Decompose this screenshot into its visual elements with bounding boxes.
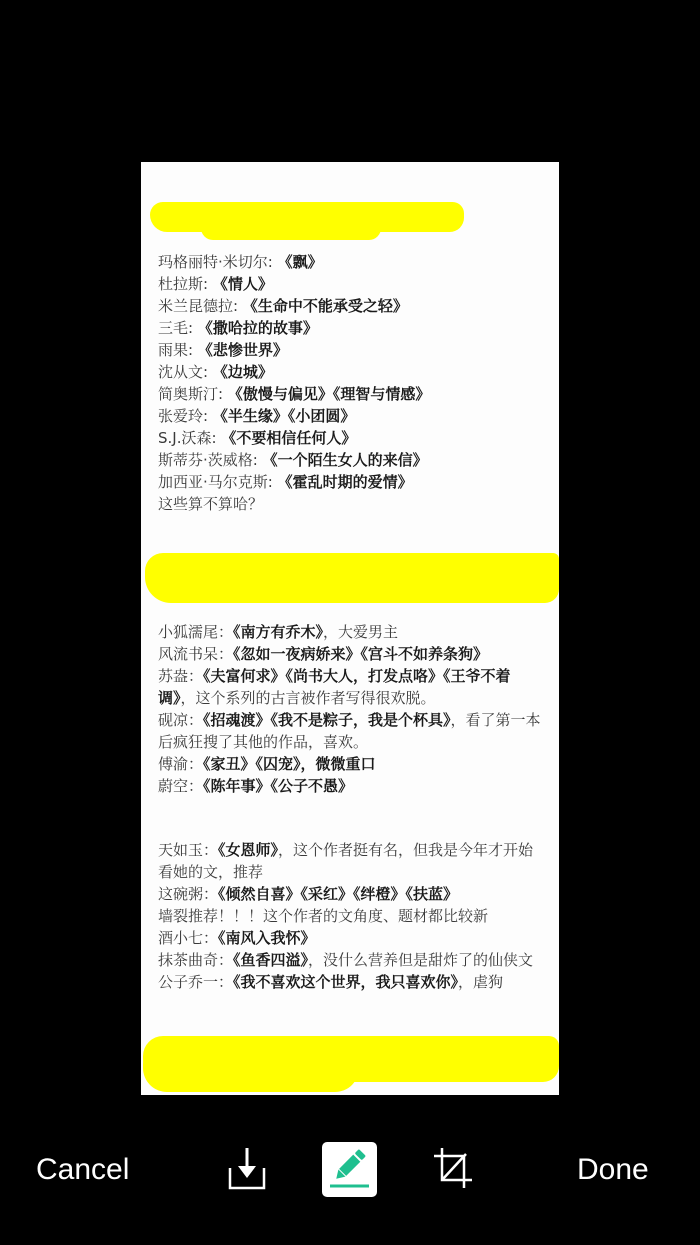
book-titles: 《我不喜欢这个世界，我只喜欢你》 — [233, 973, 458, 991]
author-name: 这碗粥： — [158, 885, 218, 903]
markup-pencil-icon[interactable] — [322, 1142, 377, 1197]
book-entry: 风流书呆：《忽如一夜病娇来》《宫斗不如养条狗》 — [158, 643, 548, 665]
book-titles: 《生命中不能承受之轻》 — [243, 297, 408, 315]
book-titles: 《撒哈拉的故事》 — [198, 319, 318, 337]
book-entry: 加西亚·马尔克斯: 《霍乱时期的爱情》 — [158, 471, 548, 493]
book-entry: 杜拉斯: 《情人》 — [158, 273, 548, 295]
book-entry: 酒小七：《南风入我怀》 — [158, 927, 548, 949]
entry-note: 墙裂推荐！！！这个作者的文角度、题材都比较新 — [158, 907, 488, 925]
author-name: 天如玉： — [158, 841, 218, 859]
author-name: 抹茶曲奇： — [158, 951, 233, 969]
entry-note: 这些算不算哈？ — [158, 495, 263, 513]
author-name: 苏盎： — [158, 667, 203, 685]
book-list-classics: 玛格丽特·米切尔: 《飘》杜拉斯: 《情人》米兰昆德拉: 《生命中不能承受之轻》… — [158, 251, 548, 515]
entry-note: ，没什么营养但是甜炸了的仙侠文 — [308, 951, 533, 969]
book-entry: 雨果: 《悲惨世界》 — [158, 339, 548, 361]
book-titles: 《倾然自喜》《采红》《绊橙》《扶蓝》 — [218, 885, 458, 903]
edit-toolbar: Cancel Done — [0, 1130, 700, 1210]
book-titles: 《忽如一夜病娇来》《宫斗不如养条狗》 — [233, 645, 488, 663]
book-list-web-novels: 小狐濡尾：《南方有乔木》，大爱男主风流书呆：《忽如一夜病娇来》《宫斗不如养条狗》… — [158, 621, 548, 797]
entry-note: ，这个系列的古言被作者写得很欢脱。 — [181, 689, 436, 707]
redaction-highlight — [145, 553, 559, 603]
download-icon[interactable] — [226, 1146, 268, 1192]
book-titles: 《一个陌生女人的来信》 — [263, 451, 428, 469]
author-name: 杜拉斯: — [158, 275, 213, 293]
entry-note: ，虐狗 — [458, 973, 503, 991]
author-name: 公子乔一： — [158, 973, 233, 991]
book-entry: 张爱玲: 《半生缘》《小团圆》 — [158, 405, 548, 427]
author-name: 米兰昆德拉: — [158, 297, 243, 315]
book-titles: 《悲惨世界》 — [198, 341, 288, 359]
book-titles: 《傲慢与偏见》《理智与情感》 — [228, 385, 431, 403]
author-name: 简奥斯汀: — [158, 385, 228, 403]
book-titles: 《女恩师》 — [218, 841, 278, 859]
author-name: 加西亚·马尔克斯: — [158, 473, 278, 491]
book-list-recommendations: 天如玉：《女恩师》，这个作者挺有名，但我是今年才开始看她的文，推荐这碗粥：《倾然… — [158, 839, 548, 993]
book-entry: 抹茶曲奇：《鱼香四溢》，没什么营养但是甜炸了的仙侠文 — [158, 949, 548, 971]
redaction-highlight — [201, 214, 381, 240]
book-entry: 公子乔一：《我不喜欢这个世界，我只喜欢你》，虐狗 — [158, 971, 548, 993]
book-entry: 苏盎：《夫富何求》《尚书大人，打发点咯》《王爷不着调》，这个系列的古言被作者写得… — [158, 665, 548, 709]
book-titles: 《半生缘》《小团圆》 — [213, 407, 356, 425]
book-entry: 天如玉：《女恩师》，这个作者挺有名，但我是今年才开始看她的文，推荐 — [158, 839, 548, 883]
author-name: 蔚空： — [158, 777, 203, 795]
book-titles: 《南风入我怀》 — [218, 929, 316, 947]
book-entry: 砚凉：《招魂渡》《我不是粽子，我是个杯具》，看了第一本后疯狂搜了其他的作品，喜欢… — [158, 709, 548, 753]
author-name: 雨果: — [158, 341, 198, 359]
book-titles: 《霍乱时期的爱情》 — [278, 473, 413, 491]
book-titles: 《不要相信任何人》 — [221, 429, 356, 447]
book-titles: 《情人》 — [213, 275, 273, 293]
book-entry: 玛格丽特·米切尔: 《飘》 — [158, 251, 548, 273]
book-entry: 三毛: 《撒哈拉的故事》 — [158, 317, 548, 339]
book-entry: 简奥斯汀: 《傲慢与偏见》《理智与情感》 — [158, 383, 548, 405]
book-titles: 《南方有乔木》 — [233, 623, 323, 641]
author-name: 三毛: — [158, 319, 198, 337]
book-entry: 傅渝：《家丑》《囚宠》，微微重口 — [158, 753, 548, 775]
book-entry: 沈从文: 《边城》 — [158, 361, 548, 383]
book-entry: S.J.沃森: 《不要相信任何人》 — [158, 427, 548, 449]
author-name: 酒小七： — [158, 929, 218, 947]
author-name: 砚凉： — [158, 711, 203, 729]
book-titles: 《飘》 — [278, 253, 323, 271]
crop-icon[interactable] — [432, 1146, 474, 1190]
book-entry: 蔚空：《陈年事》《公子不愚》 — [158, 775, 548, 797]
book-titles: 《边城》 — [213, 363, 273, 381]
redaction-highlight — [143, 1040, 359, 1092]
author-name: 小狐濡尾： — [158, 623, 233, 641]
author-name: 沈从文: — [158, 363, 213, 381]
book-entry: 这碗粥：《倾然自喜》《采红》《绊橙》《扶蓝》 — [158, 883, 548, 905]
book-entry: 小狐濡尾：《南方有乔木》，大爱男主 — [158, 621, 548, 643]
book-entry: 斯蒂芬·茨威格: 《一个陌生女人的来信》 — [158, 449, 548, 471]
cancel-button[interactable]: Cancel — [36, 1152, 129, 1188]
book-entry: 米兰昆德拉: 《生命中不能承受之轻》 — [158, 295, 548, 317]
done-button[interactable]: Done — [577, 1152, 649, 1188]
author-name: 斯蒂芬·茨威格: — [158, 451, 263, 469]
book-titles: 《陈年事》《公子不愚》 — [203, 777, 353, 795]
author-name: S.J.沃森: — [158, 429, 221, 447]
entry-note: ，大爱男主 — [323, 623, 398, 641]
author-name: 张爱玲: — [158, 407, 213, 425]
screenshot-preview: 玛格丽特·米切尔: 《飘》杜拉斯: 《情人》米兰昆德拉: 《生命中不能承受之轻》… — [141, 162, 559, 1095]
author-name: 风流书呆： — [158, 645, 233, 663]
book-titles: 《招魂渡》《我不是粽子，我是个杯具》 — [203, 711, 451, 729]
author-name: 傅渝： — [158, 755, 203, 773]
book-entry: 这些算不算哈？ — [158, 493, 548, 515]
book-titles: 《家丑》《囚宠》，微微重口 — [203, 755, 376, 773]
book-titles: 《鱼香四溢》 — [233, 951, 308, 969]
author-name: 玛格丽特·米切尔: — [158, 253, 278, 271]
book-entry: 墙裂推荐！！！这个作者的文角度、题材都比较新 — [158, 905, 548, 927]
